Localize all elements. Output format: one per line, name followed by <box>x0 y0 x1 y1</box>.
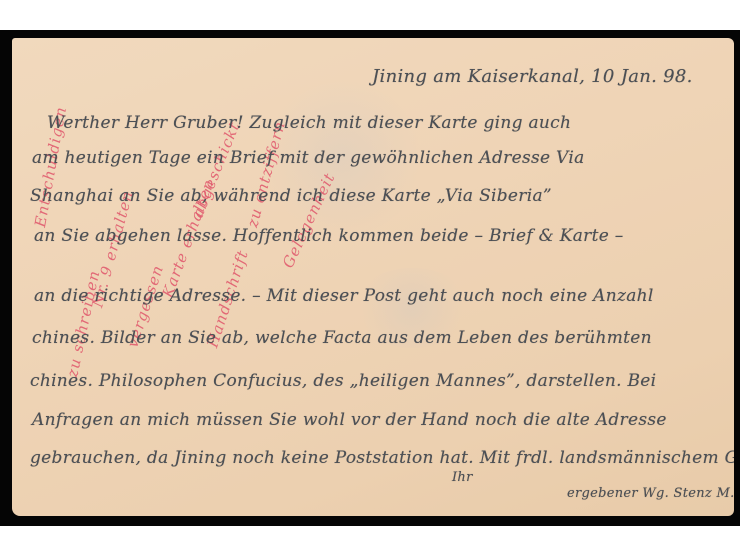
closing: Ihr <box>452 470 473 485</box>
postcard: Entschuldigen zu schreiben Nr. 9 erhalte… <box>12 38 734 516</box>
crossed-red-handwriting: Entschuldigen zu schreiben Nr. 9 erhalte… <box>12 38 734 516</box>
letter-line: chines. Bilder an Sie ab, welche Facta a… <box>32 328 652 348</box>
letter-line: an Sie abgehen lasse. Hoffentlich kommen… <box>34 226 624 246</box>
letter-line: Shanghai an Sie ab, während ich diese Ka… <box>30 186 552 206</box>
letter-line: an die richtige Adresse. – Mit dieser Po… <box>34 286 654 306</box>
letter-line: gebrauchen, da Jining noch keine Poststa… <box>30 448 734 468</box>
letter-line: Werther Herr Gruber! Zugleich mit dieser… <box>47 113 571 133</box>
red-vertical-line: zu entziffern <box>243 119 289 229</box>
letter-line: am heutigen Tage ein Brief mit der gewöh… <box>32 148 585 168</box>
dateline: Jining am Kaiserkanal, 10 Jan. 98. <box>372 66 693 87</box>
letter-line: Anfragen an mich müssen Sie wohl vor der… <box>32 410 667 430</box>
letter-line: chines. Philosophen Confucius, des „heil… <box>30 371 656 391</box>
red-vertical-line: Gelegenheit <box>279 170 339 271</box>
signature: ergebener Wg. Stenz M. <box>567 486 734 501</box>
